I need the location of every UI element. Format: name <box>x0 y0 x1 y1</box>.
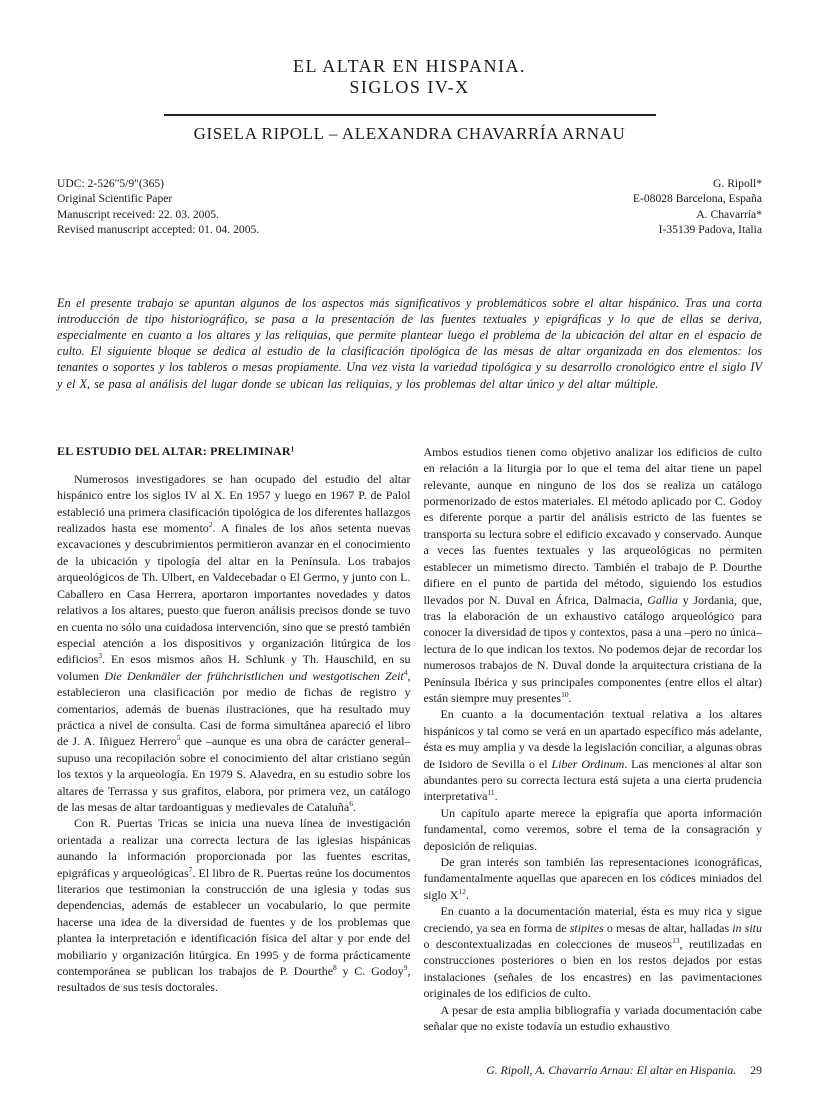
paper-title: EL ALTAR EN HISPANIA. SIGLOS IV-X <box>57 56 762 98</box>
meta-line: UDC: 2-526"5/9"(365) <box>57 176 259 191</box>
paper-title-line1: EL ALTAR EN HISPANIA. <box>293 56 526 76</box>
left-column-text: Numerosos investigadores se han ocupado … <box>57 471 410 996</box>
body-text: y C. Godoy <box>337 964 404 978</box>
body-text: o descontextualizadas en colecciones de … <box>423 937 672 951</box>
italic-text: stipites <box>570 921 604 935</box>
body-paragraph: Un capítulo aparte merece la epigrafía q… <box>423 805 762 854</box>
body-text: . <box>353 800 356 814</box>
italic-text: Liber Ordinum <box>551 757 624 771</box>
body-paragraph: Con R. Puertas Tricas se inicia una nuev… <box>57 815 410 995</box>
author-affiliations: G. Ripoll*E-08028 Barcelona, EspañaA. Ch… <box>633 176 762 238</box>
body-paragraph: A pesar de esta amplia bibliografía y va… <box>423 1002 762 1035</box>
body-text: . <box>495 789 498 803</box>
body-columns: EL ESTUDIO DEL ALTAR: PRELIMINAR¹ Numero… <box>57 444 762 1035</box>
running-footer: G. Ripoll, A. Chavarría Arnau: El altar … <box>486 1063 762 1077</box>
italic-text: Die Denkmäler der frühchristlichen und w… <box>104 669 403 683</box>
meta-line: E-08028 Barcelona, España <box>633 191 762 206</box>
body-text: Ambos estudios tienen como objetivo anal… <box>423 445 762 607</box>
left-column: EL ESTUDIO DEL ALTAR: PRELIMINAR¹ Numero… <box>57 444 410 1035</box>
meta-line: I-35139 Padova, Italia <box>633 222 762 237</box>
body-paragraph: Numerosos investigadores se han ocupado … <box>57 471 410 816</box>
publication-metadata: UDC: 2-526"5/9"(365)Original Scientific … <box>57 176 259 238</box>
footnote-marker: 10 <box>561 690 568 699</box>
body-text: . El libro de R. Puertas reúne los docum… <box>57 866 410 978</box>
footer-citation: G. Ripoll, A. Chavarría Arnau: El altar … <box>486 1063 736 1077</box>
body-text: y Jordania, que, tras la elaboración de … <box>423 593 762 705</box>
body-paragraph: En cuanto a la documentación textual rel… <box>423 706 762 804</box>
italic-text: in situ <box>732 921 762 935</box>
meta-line: Original Scientific Paper <box>57 191 259 206</box>
body-text: . A finales de los años setenta nuevas e… <box>57 521 410 666</box>
right-column-text: Ambos estudios tienen como objetivo anal… <box>423 444 762 1035</box>
metadata-row: UDC: 2-526"5/9"(365)Original Scientific … <box>57 176 762 238</box>
footnote-marker: 13 <box>672 936 679 945</box>
page-number: 29 <box>750 1063 762 1077</box>
body-text: . <box>466 888 469 902</box>
authors-line: GISELA RIPOLL – ALEXANDRA CHAVARRÍA ARNA… <box>57 124 762 144</box>
footnote-marker: 11 <box>487 788 494 797</box>
body-paragraph: Ambos estudios tienen como objetivo anal… <box>423 444 762 707</box>
footnote-marker: 12 <box>458 887 465 896</box>
body-text: Un capítulo aparte merece la epigrafía q… <box>423 806 762 853</box>
abstract-paragraph: En el presente trabajo se apuntan alguno… <box>57 295 762 392</box>
body-text: A pesar de esta amplia bibliografía y va… <box>423 1003 762 1033</box>
right-column: Ambos estudios tienen como objetivo anal… <box>423 444 762 1035</box>
italic-text: Gallia <box>647 593 678 607</box>
body-text: De gran interés son también las represen… <box>423 855 762 902</box>
meta-line: Revised manuscript accepted: 01. 04. 200… <box>57 222 259 237</box>
section-heading: EL ESTUDIO DEL ALTAR: PRELIMINAR¹ <box>57 444 410 459</box>
body-paragraph: De gran interés son también las represen… <box>423 854 762 903</box>
body-text: o mesas de altar, halladas <box>604 921 732 935</box>
body-paragraph: En cuanto a la documentación material, é… <box>423 903 762 1001</box>
body-text: . <box>569 691 572 705</box>
paper-title-line2: SIGLOS IV-X <box>349 77 469 97</box>
meta-line: A. Chavarría* <box>633 207 762 222</box>
paper-page: EL ALTAR EN HISPANIA. SIGLOS IV-X GISELA… <box>0 0 814 1120</box>
meta-line: G. Ripoll* <box>633 176 762 191</box>
title-divider-rule <box>164 114 656 116</box>
meta-line: Manuscript received: 22. 03. 2005. <box>57 207 259 222</box>
